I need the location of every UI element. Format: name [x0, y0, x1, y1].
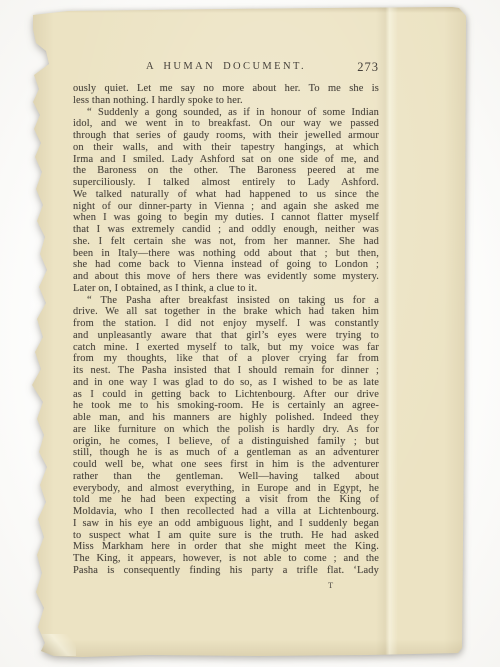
text-line: to suspect what I am quite sure is the t… — [73, 530, 379, 542]
text-line: The King, it appears, however, is not ab… — [73, 553, 379, 565]
text-line: its nest. The Pasha insisted that I shou… — [73, 365, 379, 377]
backdrop: A HUMAN DOCUMENT. 273 ously quiet. Let m… — [0, 0, 500, 667]
text-line: from the station. I did not enjoy myself… — [73, 318, 379, 330]
text-line: rather than the gentleman. Well—having t… — [73, 471, 379, 483]
text-block: ously quiet. Let me say no more about he… — [73, 83, 379, 577]
text-line: she had come back to Vienna instead of g… — [73, 259, 379, 271]
signature-mark: T — [328, 580, 334, 590]
text-line: drive. We all sat together in the brake … — [73, 306, 379, 318]
text-line: he took me to his smoking-room. He is ce… — [73, 400, 379, 412]
text-line: been in Italy—there was nothing odd abou… — [73, 248, 379, 260]
text-line: on their walls, and with their tapestry … — [73, 142, 379, 154]
text-line: as I could in getting back to Lichtenbou… — [73, 389, 379, 401]
page-crease — [376, 7, 398, 657]
book-page: A HUMAN DOCUMENT. 273 ously quiet. Let m… — [28, 7, 466, 657]
running-title: A HUMAN DOCUMENT. — [73, 61, 379, 72]
text-line: We talked naturally of what had happened… — [73, 189, 379, 201]
text-line: Irma and I smiled. Lady Ashford sat on o… — [73, 154, 379, 166]
page-shadow: A HUMAN DOCUMENT. 273 ously quiet. Let m… — [28, 7, 466, 657]
text-line: through that series of gaudy rooms, with… — [73, 130, 379, 142]
text-line: and unpleasantly aware that that girl’s … — [73, 330, 379, 342]
text-line: superciliously. I talked almost entirely… — [73, 177, 379, 189]
text-line: “ Suddenly a gong sounded, as if in hono… — [73, 107, 379, 119]
text-line: and in one way I was glad to do so, as I… — [73, 377, 379, 389]
page-number: 273 — [357, 60, 379, 75]
text-line: Later on, I obtained, as I think, a clue… — [73, 283, 379, 295]
text-line: and about this move of hers there was ev… — [73, 271, 379, 283]
text-line: are like furniture on which the polish i… — [73, 424, 379, 436]
text-line: that I was extremely candid ; and oddly … — [73, 224, 379, 236]
text-line: could well be, what one sees first in hi… — [73, 459, 379, 471]
text-line: origin, he comes, I believe, of a distin… — [73, 436, 379, 448]
text-line: from my thoughts, like that of a plover … — [73, 353, 379, 365]
text-line: idol, and we went in to breakfast. On ou… — [73, 118, 379, 130]
text-line: Moldavia, who I then recollected had a v… — [73, 506, 379, 518]
text-line: still, though he is as much of a gentlem… — [73, 447, 379, 459]
text-line: the Baroness on the other. The Baroness … — [73, 165, 379, 177]
corner-fold — [38, 634, 76, 656]
text-line: Miss Markham here in order that she migh… — [73, 541, 379, 553]
page-header: A HUMAN DOCUMENT. 273 — [73, 61, 379, 75]
text-line: catch mine. I exerted myself to talk, bu… — [73, 342, 379, 354]
text-line: told me he had been expecting a visit fr… — [73, 494, 379, 506]
text-line: “ The Pasha after breakfast insisted on … — [73, 295, 379, 307]
text-line: when I was going to begin my duties. I c… — [73, 212, 379, 224]
text-line: I saw in his eye an odd ambiguous light,… — [73, 518, 379, 530]
text-line: everybody, and almost everything, in Eur… — [73, 483, 379, 495]
text-line: ously quiet. Let me say no more about he… — [73, 83, 379, 95]
text-line: able man, and his manners are highly pol… — [73, 412, 379, 424]
text-line: she. I felt certain she was not, from he… — [73, 236, 379, 248]
text-line: Pasha is consequently finding his party … — [73, 565, 379, 577]
text-line: night of our dinner-party in Vienna ; an… — [73, 201, 379, 213]
text-line: less than nothing. I hardly spoke to her… — [73, 95, 379, 107]
